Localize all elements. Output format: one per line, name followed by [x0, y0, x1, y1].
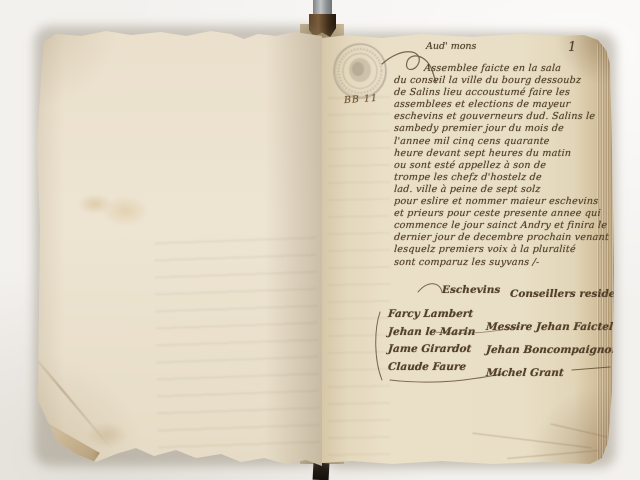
conseillers-heading: Conseillers residens [510, 288, 629, 300]
manuscript-line: du conseil la ville du bourg dessoubz [394, 75, 609, 87]
folio-number: 1 [568, 40, 576, 55]
manuscript-line: lad. ville à peine de sept solz [394, 184, 609, 196]
header-inscription: Aud' mons [426, 41, 476, 52]
manuscript-line: dernier jour de decembre prochain venant [394, 232, 609, 244]
round-archive-stamp-icon [330, 40, 390, 102]
manuscript-photograph: BB 11 Aud' mons 1 Assemblee faicte en la… [0, 0, 640, 480]
manuscript-line: lesquelz premiers voix à la pluralité [394, 244, 609, 256]
manuscript-line: sambedy premier jour du mois de [394, 123, 609, 135]
manuscript-line: eschevins et gouverneurs dud. Salins le [394, 111, 609, 123]
signatory-name: Messire Jehan Faictel [485, 316, 620, 339]
manuscript-line: l'annee mil cinq cens quarante [394, 136, 609, 148]
manuscript-line: de Salins lieu accoustumé faire les [394, 87, 609, 99]
manuscript-line: Assemblee faicte en la sala [394, 63, 609, 75]
manuscript-line: heure devant sept heures du matin [394, 148, 609, 160]
left-page [36, 24, 322, 466]
page-stain [102, 196, 148, 226]
right-page: BB 11 Aud' mons 1 Assemblee faicte en la… [322, 30, 614, 466]
manuscript-body: Assemblee faicte en la sala du conseil l… [394, 63, 608, 269]
page-wrinkle [507, 450, 599, 459]
signatory-name: Jame Girardot [387, 341, 476, 359]
ink-bleedthrough [328, 88, 390, 460]
signatory-name: Claude Faure [387, 359, 476, 377]
eschevins-name-list: Farcy Lambert Jehan le Marin Jame Girard… [388, 306, 475, 377]
conseillers-name-list: Messire Jehan Faictel Jehan Boncompaigno… [486, 316, 619, 385]
manuscript-line: trompe les chefz d'hostelz de [394, 172, 609, 184]
manuscript-line: pour eslire et nommer maieur eschevins [394, 196, 609, 208]
eschevins-heading: Eschevins [442, 284, 500, 296]
manuscript-line: ou sont esté appellez à son de [394, 160, 609, 172]
page-wrinkle [472, 433, 591, 449]
manuscript-line: assemblees et elections de mayeur [394, 99, 609, 111]
ink-bleedthrough [154, 231, 320, 449]
signatory-name: Jehan le Marin [387, 324, 476, 342]
manuscript-line: et prieurs pour ceste presente annee qui [394, 208, 609, 220]
manuscript-line: sont comparuz les suyvans /- [394, 257, 609, 269]
signatory-name: Farcy Lambert [387, 306, 476, 324]
signatory-name: Michel Grant [485, 362, 620, 385]
manuscript-line: commence le jour sainct Andry et finira … [394, 220, 609, 232]
signatory-name: Jehan Boncompaignon [485, 339, 620, 362]
